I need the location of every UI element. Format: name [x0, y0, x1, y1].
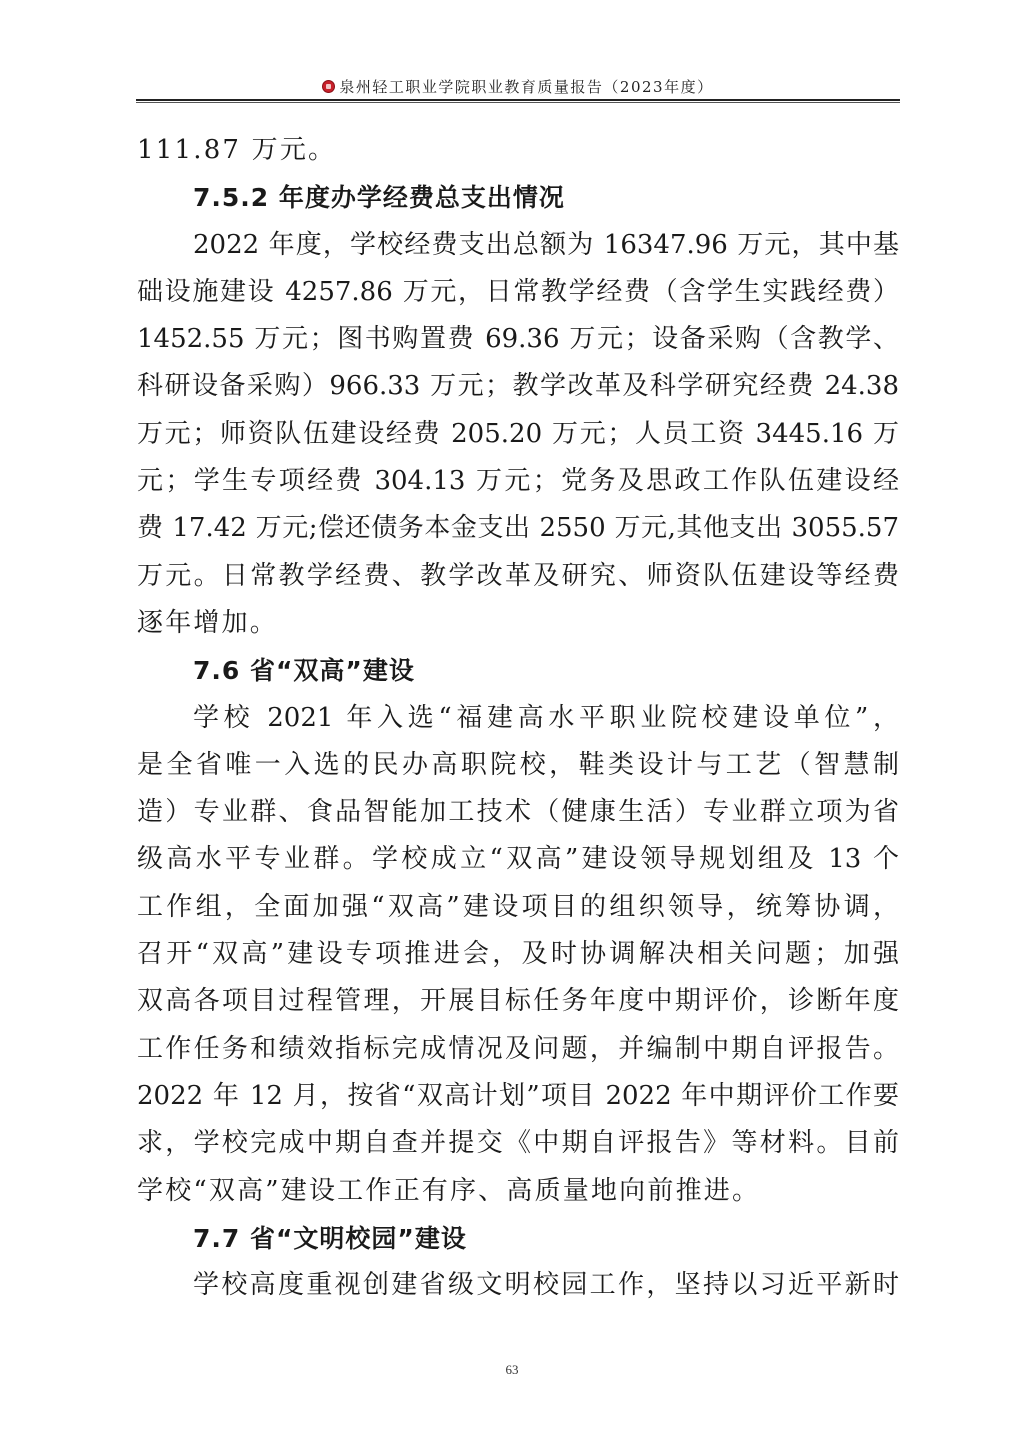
text-line: 费 17.42 万元;偿还债务本金支出 2550 万元,其他支出 3055.57 — [137, 505, 899, 552]
text-line: 工作组，全面加强“双高”建设项目的组织领导，统筹协调， — [137, 884, 899, 931]
text-line: 逐年增加。 — [137, 600, 899, 647]
text-line: 双高各项目过程管理，开展目标任务年度中期评价，诊断年度 — [137, 978, 899, 1025]
text-line: 级高水平专业群。学校成立“双高”建设领导规划组及 13 个 — [137, 836, 899, 883]
text-line: 1452.55 万元；图书购置费 69.36 万元；设备采购（含教学、 — [137, 316, 899, 363]
text-line: 学校“双高”建设工作正有序、高质量地向前推进。 — [137, 1168, 899, 1215]
text-line: 工作任务和绩效指标完成情况及问题，并编制中期自评报告。 — [137, 1026, 899, 1073]
section-heading-7-5-2: 7.5.2 年度办学经费总支出情况 — [137, 174, 899, 221]
text-line: 元；学生专项经费 304.13 万元；党务及思政工作队伍建设经 — [137, 458, 899, 505]
header-title: 泉州轻工职业学院职业教育质量报告（2023年度） — [339, 76, 713, 97]
page-number: 63 — [0, 1362, 1024, 1378]
school-emblem-icon — [322, 80, 335, 93]
text-line: 万元；师资队伍建设经费 205.20 万元；人员工资 3445.16 万 — [137, 411, 899, 458]
text-line: 2022 年度，学校经费支出总额为 16347.96 万元，其中基 — [137, 222, 899, 269]
section-heading-7-7: 7.7 省“文明校园”建设 — [137, 1215, 899, 1262]
document-body: 111.87 万元。 7.5.2 年度办学经费总支出情况 2022 年度，学校经… — [137, 127, 899, 1309]
text-line: 造）专业群、食品智能加工技术（健康生活）专业群立项为省 — [137, 789, 899, 836]
text-line: 召开“双高”建设专项推进会，及时协调解决相关问题；加强 — [137, 931, 899, 978]
text-line: 2022 年 12 月，按省“双高计划”项目 2022 年中期评价工作要 — [137, 1073, 899, 1120]
text-line: 学校高度重视创建省级文明校园工作，坚持以习近平新时 — [137, 1262, 899, 1309]
header-divider — [136, 99, 900, 101]
text-line: 求，学校完成中期自查并提交《中期自评报告》等材料。目前 — [137, 1120, 899, 1167]
section-heading-7-6: 7.6 省“双高”建设 — [137, 647, 899, 694]
text-line: 科研设备采购）966.33 万元；教学改革及科学研究经费 24.38 — [137, 363, 899, 410]
text-line: 础设施建设 4257.86 万元，日常教学经费（含学生实践经费） — [137, 269, 899, 316]
header-divider-thin — [136, 102, 900, 103]
page-header: 泉州轻工职业学院职业教育质量报告（2023年度） — [136, 72, 900, 100]
text-line: 是全省唯一入选的民办高职院校，鞋类设计与工艺（智慧制 — [137, 742, 899, 789]
text-line: 111.87 万元。 — [137, 127, 899, 174]
text-line: 万元。日常教学经费、教学改革及研究、师资队伍建设等经费 — [137, 553, 899, 600]
text-line: 学校 2021 年入选“福建高水平职业院校建设单位”， — [137, 695, 899, 742]
